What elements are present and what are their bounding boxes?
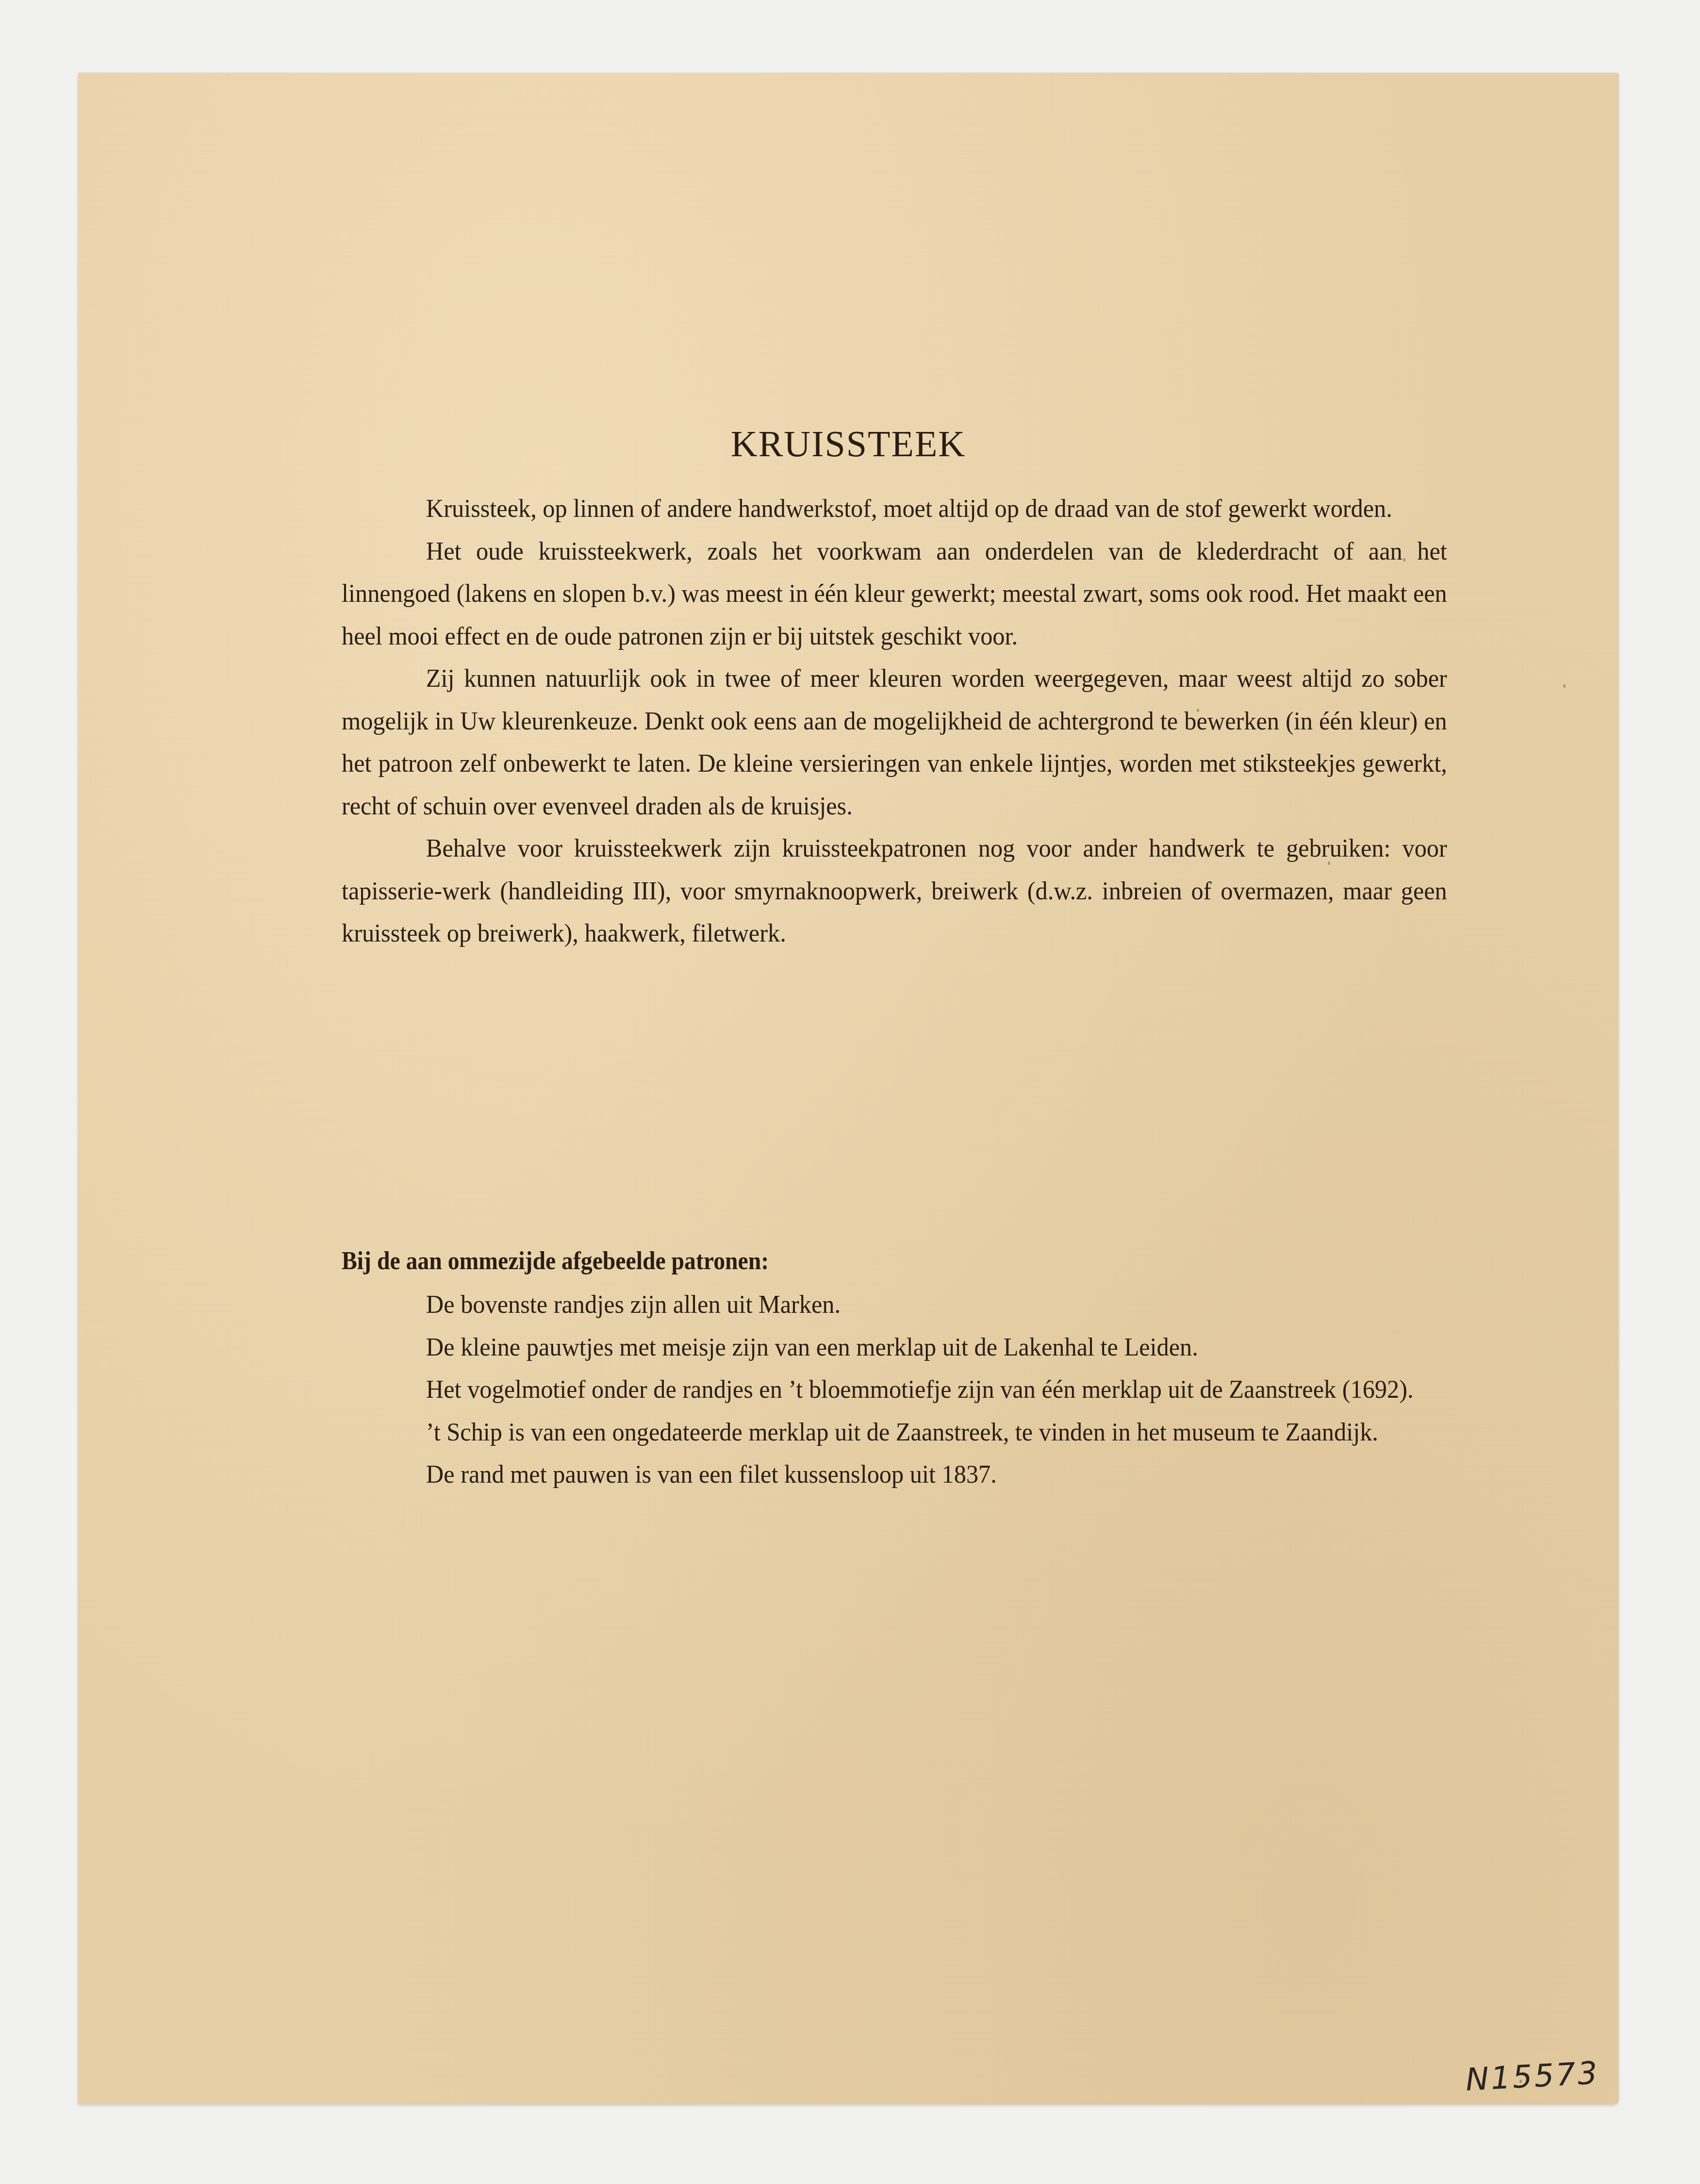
paper-speck bbox=[1328, 861, 1330, 865]
document-title: KRUISSTEEK bbox=[78, 423, 1618, 465]
note-item: Het vogelmotief onder de randjes en ’t b… bbox=[342, 1369, 1447, 1411]
paper-speck bbox=[1197, 709, 1199, 712]
paper-speck bbox=[1519, 2080, 1522, 2083]
paper-speck bbox=[1563, 684, 1566, 688]
paragraph-3: Zij kunnen natuurlijk ook in twee of mee… bbox=[342, 658, 1447, 827]
paper-speck bbox=[1403, 558, 1405, 562]
note-item: De bovenste randjes zijn allen uit Marke… bbox=[342, 1284, 1447, 1326]
paragraph-4: Behalve voor kruissteekwerk zijn kruisst… bbox=[342, 827, 1447, 955]
paragraph-2: Het oude kruissteekwerk, zoals het voork… bbox=[342, 530, 1447, 658]
pattern-notes: De bovenste randjes zijn allen uit Marke… bbox=[342, 1284, 1447, 1496]
document-sheet: KRUISSTEEK Kruissteek, op linnen of ande… bbox=[78, 73, 1618, 2104]
note-item: De rand met pauwen is van een filet kuss… bbox=[342, 1454, 1447, 1496]
note-item: De kleine pauwtjes met meisje zijn van e… bbox=[342, 1326, 1447, 1369]
paragraph-1: Kruissteek, op linnen of andere handwerk… bbox=[342, 488, 1447, 530]
patterns-subheading: Bij de aan ommezijde afgebeelde patronen… bbox=[342, 1246, 769, 1275]
handwritten-archive-number: N15573 bbox=[1465, 2055, 1600, 2098]
body-text: Kruissteek, op linnen of andere handwerk… bbox=[342, 488, 1447, 955]
note-item: ’t Schip is van een ongedateerde merklap… bbox=[342, 1411, 1447, 1454]
